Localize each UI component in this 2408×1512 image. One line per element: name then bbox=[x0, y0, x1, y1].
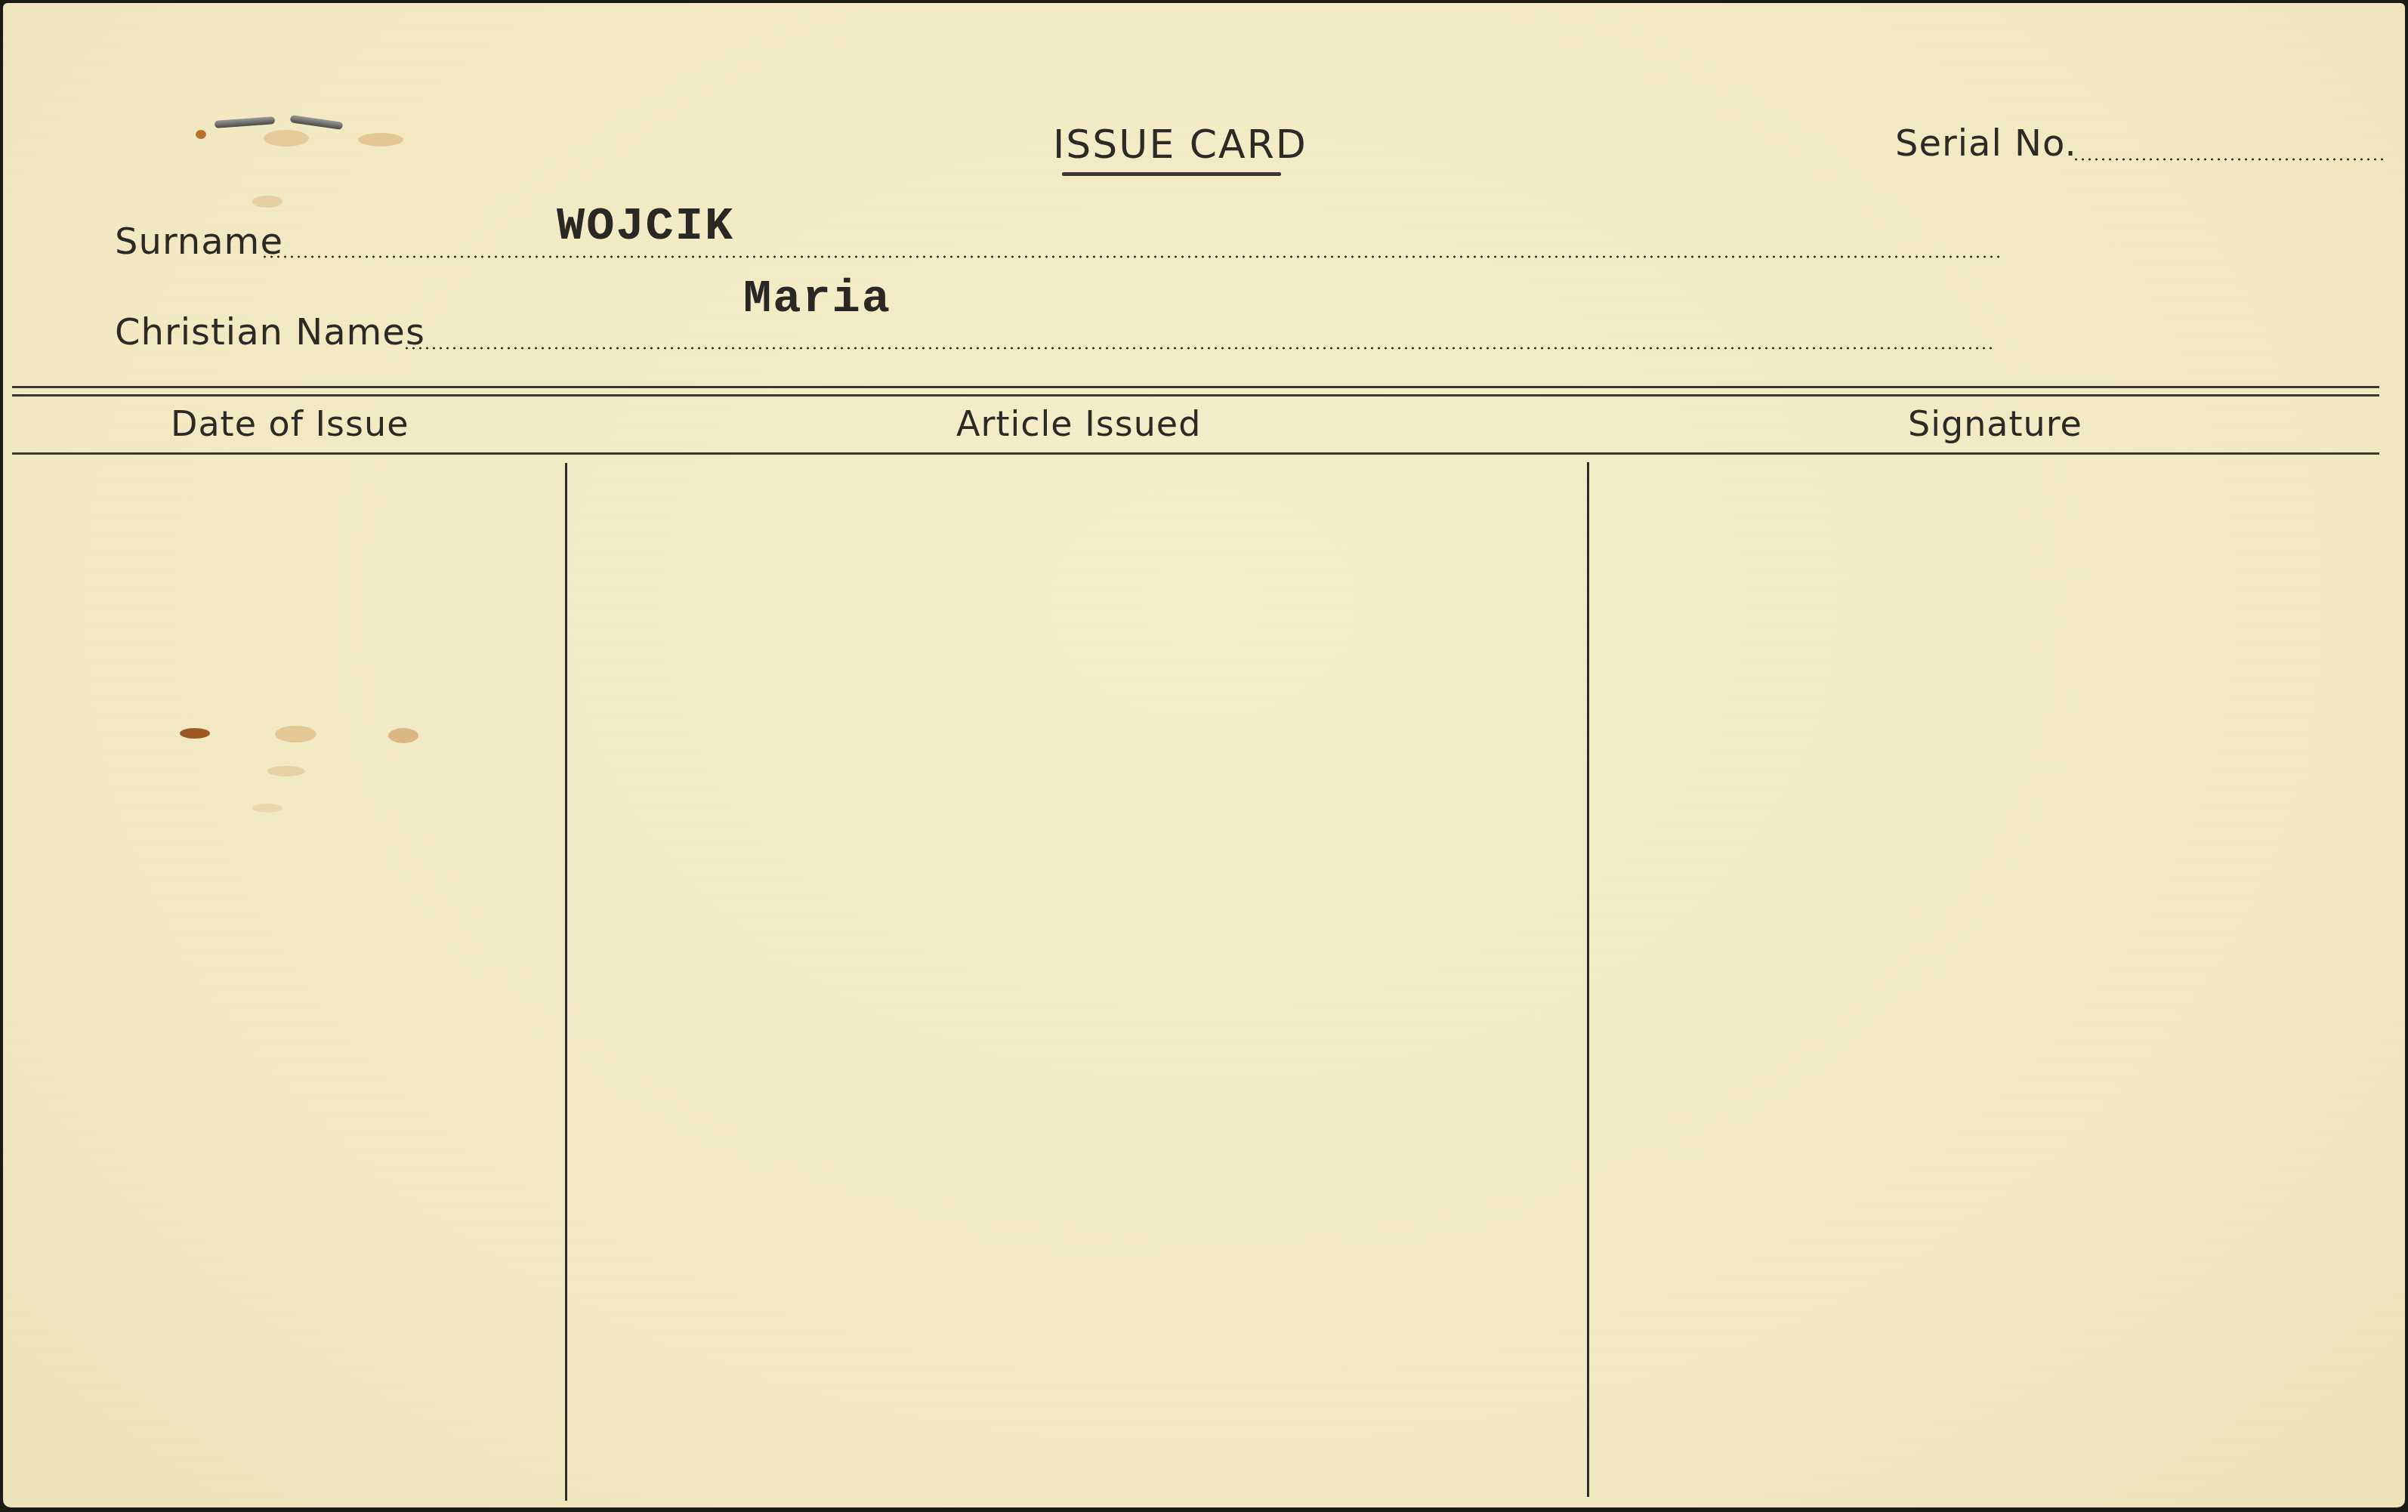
rust-stain bbox=[358, 133, 403, 147]
serial-value[interactable] bbox=[2073, 116, 2375, 162]
staple-icon bbox=[290, 115, 344, 130]
surname-label: Surname bbox=[115, 221, 283, 263]
header-rule-bottom bbox=[12, 452, 2379, 455]
header-rule-top-2 bbox=[12, 394, 2379, 397]
column-header-date-of-issue: Date of Issue bbox=[171, 403, 409, 444]
christian-names-label: Christian Names bbox=[115, 311, 425, 353]
rust-stain bbox=[252, 196, 282, 208]
column-divider-2 bbox=[1587, 462, 1589, 1497]
issue-card: ISSUE CARD Serial No. Surname WOJCIK Chr… bbox=[3, 3, 2405, 1507]
surname-dotted-line bbox=[261, 255, 2002, 258]
christian-names-dotted-line bbox=[403, 347, 1995, 350]
staple-icon bbox=[215, 116, 276, 128]
title-underline bbox=[1062, 172, 1281, 176]
rust-stain bbox=[196, 130, 206, 139]
header-rule-top bbox=[12, 386, 2379, 388]
card-title: ISSUE CARD bbox=[1053, 122, 1307, 168]
column-header-article-issued: Article Issued bbox=[956, 403, 1201, 444]
date-of-issue-column[interactable] bbox=[12, 464, 563, 1498]
rust-stain bbox=[264, 130, 309, 147]
surname-value[interactable]: WOJCIK bbox=[557, 199, 734, 253]
serial-label: Serial No. bbox=[1895, 122, 2077, 165]
article-issued-column[interactable] bbox=[570, 464, 1585, 1498]
signature-column[interactable] bbox=[1591, 464, 2377, 1498]
column-header-signature: Signature bbox=[1908, 403, 2082, 444]
column-divider-1 bbox=[565, 463, 567, 1501]
christian-names-value[interactable]: Maria bbox=[743, 272, 891, 326]
serial-dotted-line bbox=[2073, 158, 2388, 161]
